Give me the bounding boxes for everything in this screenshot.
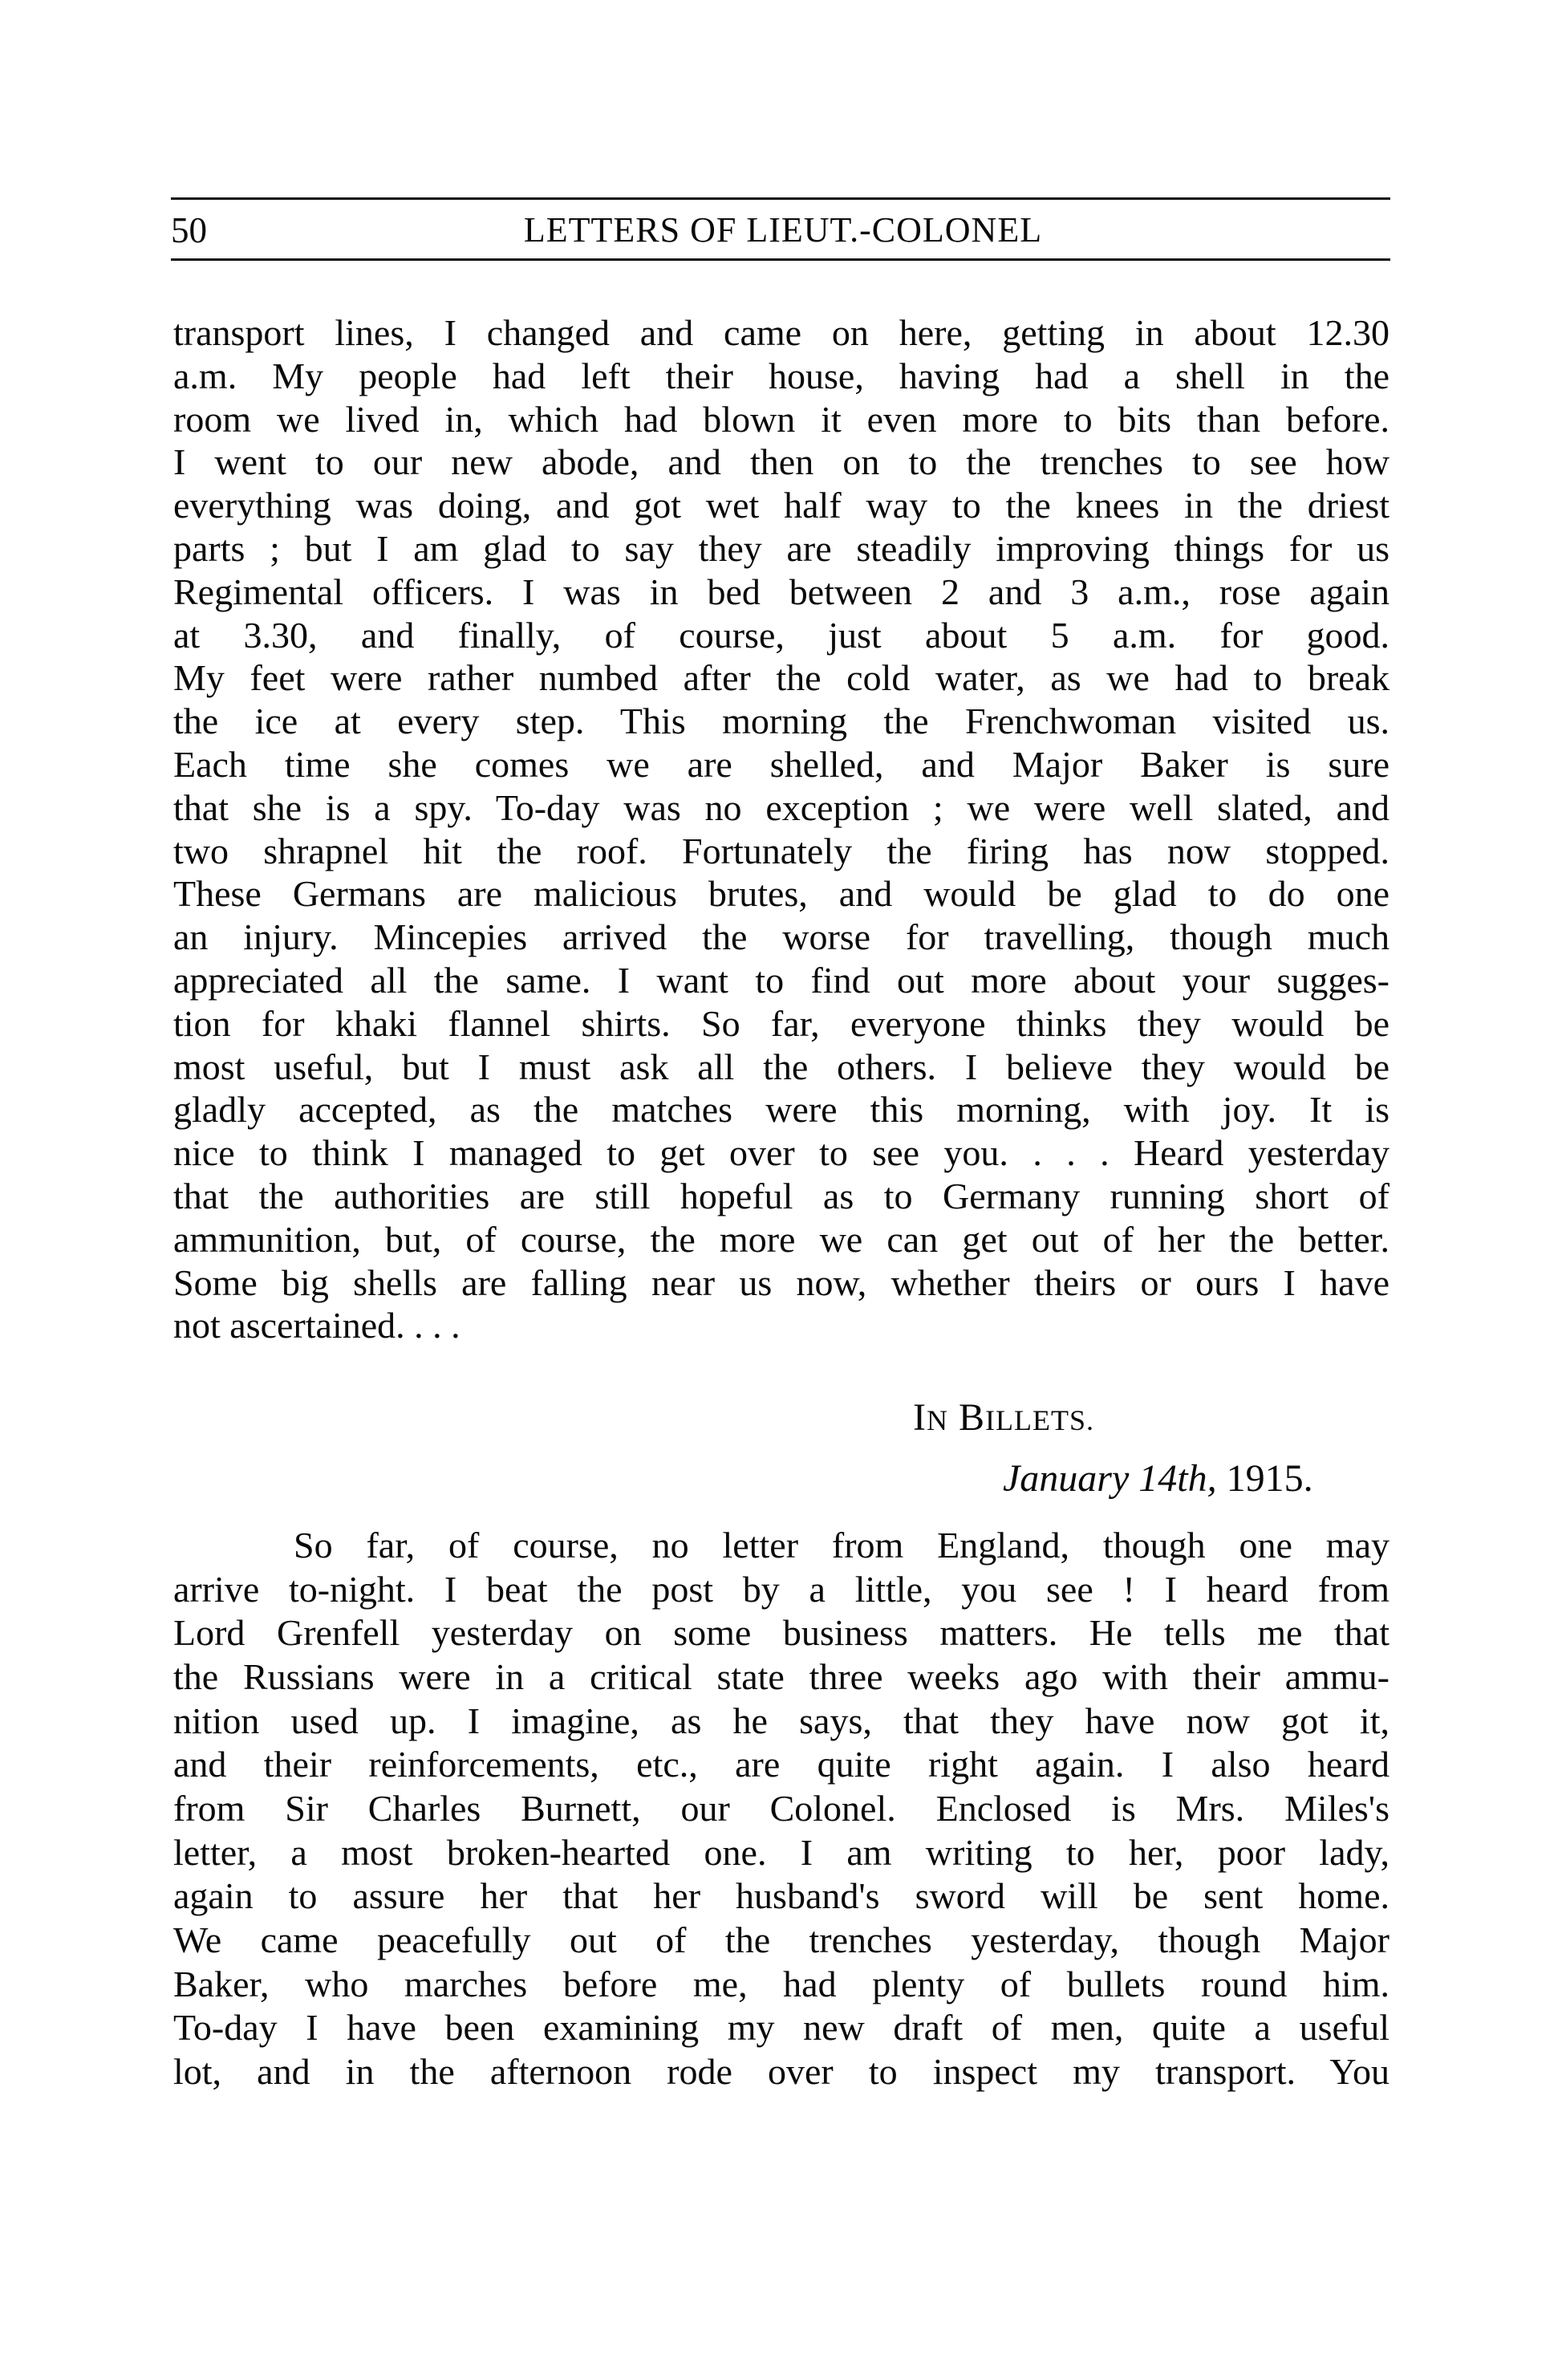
text-line: and their reinforcements, etc., are quit… <box>173 1743 1390 1786</box>
text-line: appreciated all the same. I want to find… <box>173 959 1390 1002</box>
text-line: that the authorities are still hopeful a… <box>173 1175 1390 1218</box>
text-line: We came peacefully out of the trenches y… <box>173 1919 1390 1962</box>
text-line: most useful, but I must ask all the othe… <box>173 1046 1390 1089</box>
text-line: room we lived in, which had blown it eve… <box>173 398 1390 441</box>
text-line: Lord Grenfell yesterday on some business… <box>173 1611 1390 1655</box>
text-line: transport lines, I changed and came on h… <box>173 311 1390 355</box>
text-line: Each time she comes we are shelled, and … <box>173 743 1390 786</box>
text-line: ammunition, but, of course, the more we … <box>173 1218 1390 1261</box>
date-month-day: January 14th, <box>1003 1457 1217 1500</box>
letter-date: January 14th, 1915. <box>1003 1457 1313 1501</box>
text-line: My feet were rather numbed after the col… <box>173 656 1390 700</box>
text-line: Some big shells are falling near us now,… <box>173 1261 1390 1305</box>
text-line: a.m. My people had left their house, hav… <box>173 355 1390 398</box>
text-line: letter, a most broken-hearted one. I am … <box>173 1831 1390 1874</box>
text-line: not ascertained. . . . <box>173 1304 1390 1347</box>
text-line: the Russians were in a critical state th… <box>173 1655 1390 1699</box>
text-line: at 3.30, and finally, of course, just ab… <box>173 614 1390 657</box>
text-line: everything was doing, and got wet half w… <box>173 484 1390 527</box>
heading-small-caps: ILLETS. <box>985 1404 1094 1436</box>
heading-initial: I <box>913 1396 927 1439</box>
text-line: lot, and in the afternoon rode over to i… <box>173 2050 1390 2094</box>
text-line: nition used up. I imagine, as he says, t… <box>173 1700 1390 1743</box>
text-line: an injury. Mincepies arrived the worse f… <box>173 916 1390 959</box>
text-line: nice to think I managed to get over to s… <box>173 1131 1390 1175</box>
text-line: that she is a spy. To-day was no excepti… <box>173 786 1390 830</box>
text-line: Baker, who marches before me, had plenty… <box>173 1963 1390 2006</box>
text-line: parts ; but I am glad to say they are st… <box>173 527 1390 571</box>
header-bottom-rule <box>171 258 1390 261</box>
text-line: To-day I have been examining my new draf… <box>173 2006 1390 2049</box>
text-line: Regimental officers. I was in bed betwee… <box>173 571 1390 614</box>
book-page: 50 LETTERS OF LIEUT.-COLONEL transport l… <box>0 0 1566 2380</box>
section-heading-location: IN BILLETS. <box>913 1396 1094 1442</box>
heading-small-caps: N <box>927 1404 948 1436</box>
text-line: from Sir Charles Burnett, our Colonel. E… <box>173 1787 1390 1830</box>
text-line: two shrapnel hit the roof. Fortunately t… <box>173 830 1390 873</box>
text-line: arrive to-night. I beat the post by a li… <box>173 1568 1390 1611</box>
running-head: 50 LETTERS OF LIEUT.-COLONEL <box>171 210 1390 250</box>
date-year: 1915. <box>1227 1457 1313 1500</box>
text-line: So far, of course, no letter from Englan… <box>294 1524 1390 1567</box>
text-line: gladly accepted, as the matches were thi… <box>173 1088 1390 1131</box>
text-line: I went to our new abode, and then on to … <box>173 441 1390 484</box>
text-line: the ice at every step. This morning the … <box>173 700 1390 743</box>
running-head-title: LETTERS OF LIEUT.-COLONEL <box>509 210 1057 250</box>
heading-initial: B <box>959 1396 985 1439</box>
header-top-rule <box>171 197 1390 200</box>
text-line: again to assure her that her husband's s… <box>173 1874 1390 1918</box>
page-number: 50 <box>171 210 207 250</box>
text-line: tion for khaki flannel shirts. So far, e… <box>173 1002 1390 1046</box>
text-line: These Germans are malicious brutes, and … <box>173 872 1390 916</box>
